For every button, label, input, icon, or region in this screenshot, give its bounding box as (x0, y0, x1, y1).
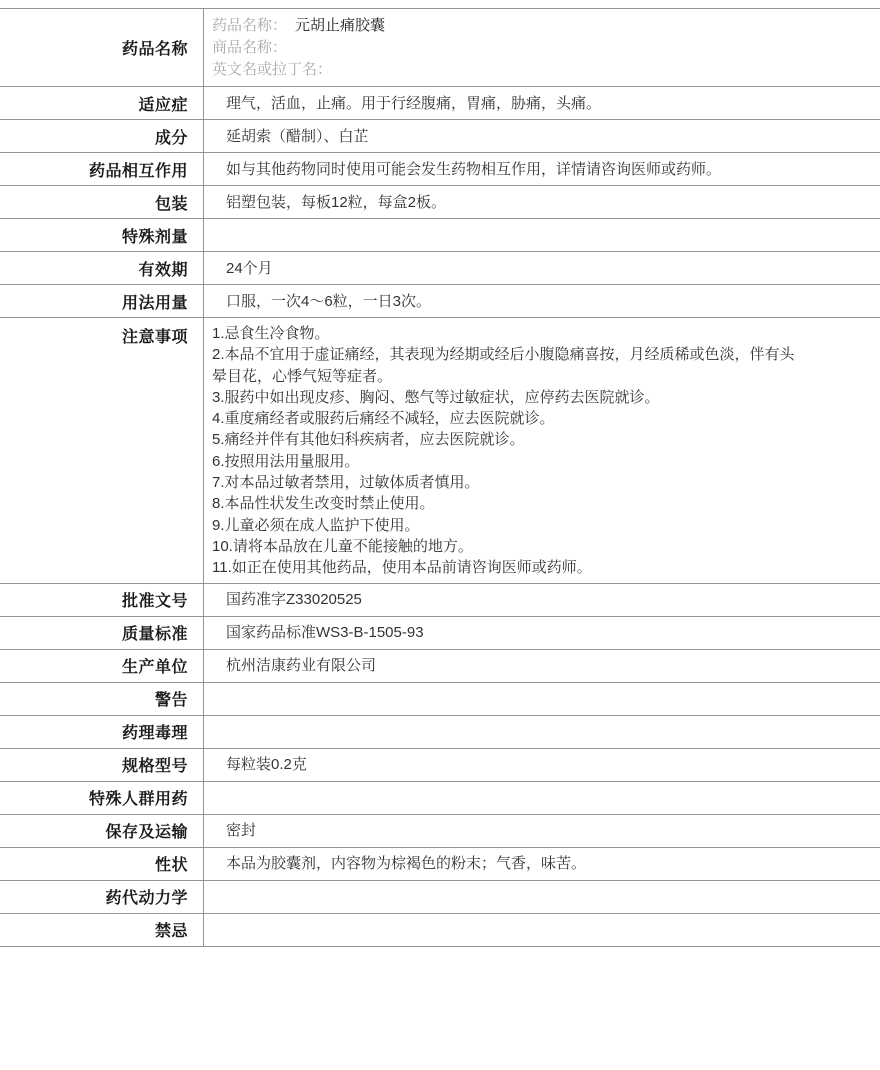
row-packaging: 包装 铝塑包装，每板12粒，每盒2板。 (0, 186, 880, 219)
precaution-line: 1.忌食生冷食物。 (212, 323, 868, 344)
row-value: 药品名称：元胡止痛胶囊 商品名称： 英文名或拉丁名： (204, 9, 880, 86)
row-drug-interactions: 药品相互作用 如与其他药物同时使用可能会发生药物相互作用，详情请咨询医师或药师。 (0, 153, 880, 186)
row-value (204, 219, 880, 251)
row-value (204, 683, 880, 715)
row-value (204, 881, 880, 913)
row-label: 成分 (0, 120, 204, 152)
row-dosage-administration: 用法用量 口服，一次4～6粒，一日3次。 (0, 285, 880, 318)
row-value: 延胡索（醋制）、白芷 (204, 120, 880, 152)
precaution-line: 9.儿童必须在成人监护下使用。 (212, 515, 868, 536)
row-value: 24个月 (204, 252, 880, 284)
row-label: 生产单位 (0, 650, 204, 682)
precaution-line: 晕目花，心悸气短等症者。 (212, 366, 868, 387)
row-manufacturer: 生产单位 杭州洁康药业有限公司 (0, 650, 880, 683)
row-label: 药理毒理 (0, 716, 204, 748)
row-label: 特殊人群用药 (0, 782, 204, 814)
row-value: 密封 (204, 815, 880, 847)
row-precautions: 注意事项 1.忌食生冷食物。 2.本品不宜用于虚证痛经，其表现为经期或经后小腹隐… (0, 318, 880, 584)
row-contraindications: 禁忌 (0, 914, 880, 947)
row-label: 有效期 (0, 252, 204, 284)
row-label: 保存及运输 (0, 815, 204, 847)
row-value: 1.忌食生冷食物。 2.本品不宜用于虚证痛经，其表现为经期或经后小腹隐痛喜按，月… (204, 318, 880, 583)
row-description: 性状 本品为胶囊剂，内容物为棕褐色的粉末；气香，味苦。 (0, 848, 880, 881)
row-value: 每粒装0.2克 (204, 749, 880, 781)
row-value: 口服，一次4～6粒，一日3次。 (204, 285, 880, 317)
row-label: 适应症 (0, 87, 204, 119)
row-label: 药品相互作用 (0, 153, 204, 185)
row-warning: 警告 (0, 683, 880, 716)
row-shelf-life: 有效期 24个月 (0, 252, 880, 285)
row-label: 质量标准 (0, 617, 204, 649)
latin-name-line: 英文名或拉丁名： (212, 59, 868, 81)
row-label: 包装 (0, 186, 204, 218)
precaution-line: 3.服药中如出现皮疹、胸闷、憋气等过敏症状，应停药去医院就诊。 (212, 387, 868, 408)
row-value: 本品为胶囊剂，内容物为棕褐色的粉末；气香，味苦。 (204, 848, 880, 880)
row-approval-number: 批准文号 国药准字Z33020525 (0, 584, 880, 617)
precaution-line: 2.本品不宜用于虚证痛经，其表现为经期或经后小腹隐痛喜按，月经质稀或色淡，伴有头 (212, 344, 868, 365)
row-storage-transport: 保存及运输 密封 (0, 815, 880, 848)
row-drug-name: 药品名称 药品名称：元胡止痛胶囊 商品名称： 英文名或拉丁名： (0, 9, 880, 87)
row-special-populations: 特殊人群用药 (0, 782, 880, 815)
row-label: 注意事项 (0, 318, 204, 583)
row-label: 药代动力学 (0, 881, 204, 913)
precaution-line: 7.对本品过敏者禁用，过敏体质者慎用。 (212, 472, 868, 493)
precaution-line: 10.请将本品放在儿童不能接触的地方。 (212, 536, 868, 557)
row-value: 理气，活血，止痛。用于行经腹痛，胃痛，胁痛，头痛。 (204, 87, 880, 119)
row-pharmacokinetics: 药代动力学 (0, 881, 880, 914)
row-specification: 规格型号 每粒装0.2克 (0, 749, 880, 782)
row-label: 禁忌 (0, 914, 204, 946)
trade-name-key: 商品名称： (212, 39, 287, 56)
row-pharmacology-toxicology: 药理毒理 (0, 716, 880, 749)
row-value (204, 914, 880, 946)
row-label: 批准文号 (0, 584, 204, 616)
latin-name-key: 英文名或拉丁名： (212, 61, 332, 78)
row-quality-standard: 质量标准 国家药品标准WS3-B-1505-93 (0, 617, 880, 650)
row-value (204, 782, 880, 814)
drug-info-table: 药品名称 药品名称：元胡止痛胶囊 商品名称： 英文名或拉丁名： 适应症 理气，活… (0, 8, 880, 947)
row-label: 性状 (0, 848, 204, 880)
row-indications: 适应症 理气，活血，止痛。用于行经腹痛，胃痛，胁痛，头痛。 (0, 87, 880, 120)
row-special-dosage: 特殊剂量 (0, 219, 880, 252)
row-ingredients: 成分 延胡索（醋制）、白芷 (0, 120, 880, 153)
row-value: 如与其他药物同时使用可能会发生药物相互作用，详情请咨询医师或药师。 (204, 153, 880, 185)
row-label: 用法用量 (0, 285, 204, 317)
row-label: 警告 (0, 683, 204, 715)
row-label: 药品名称 (0, 9, 204, 86)
row-value (204, 716, 880, 748)
precaution-line: 6.按照用法用量服用。 (212, 451, 868, 472)
precaution-line: 11.如正在使用其他药品，使用本品前请咨询医师或药师。 (212, 557, 868, 578)
row-value: 杭州洁康药业有限公司 (204, 650, 880, 682)
precaution-line: 8.本品性状发生改变时禁止使用。 (212, 493, 868, 514)
row-value: 国药准字Z33020525 (204, 584, 880, 616)
row-label: 特殊剂量 (0, 219, 204, 251)
drug-name-line: 药品名称：元胡止痛胶囊 (212, 15, 868, 37)
trade-name-line: 商品名称： (212, 37, 868, 59)
row-value: 国家药品标准WS3-B-1505-93 (204, 617, 880, 649)
row-label: 规格型号 (0, 749, 204, 781)
precaution-line: 5.痛经并伴有其他妇科疾病者，应去医院就诊。 (212, 429, 868, 450)
precaution-line: 4.重度痛经者或服药后痛经不减轻，应去医院就诊。 (212, 408, 868, 429)
drug-name-key: 药品名称： (212, 17, 287, 34)
drug-name-value: 元胡止痛胶囊 (295, 17, 385, 34)
row-value: 铝塑包装，每板12粒，每盒2板。 (204, 186, 880, 218)
